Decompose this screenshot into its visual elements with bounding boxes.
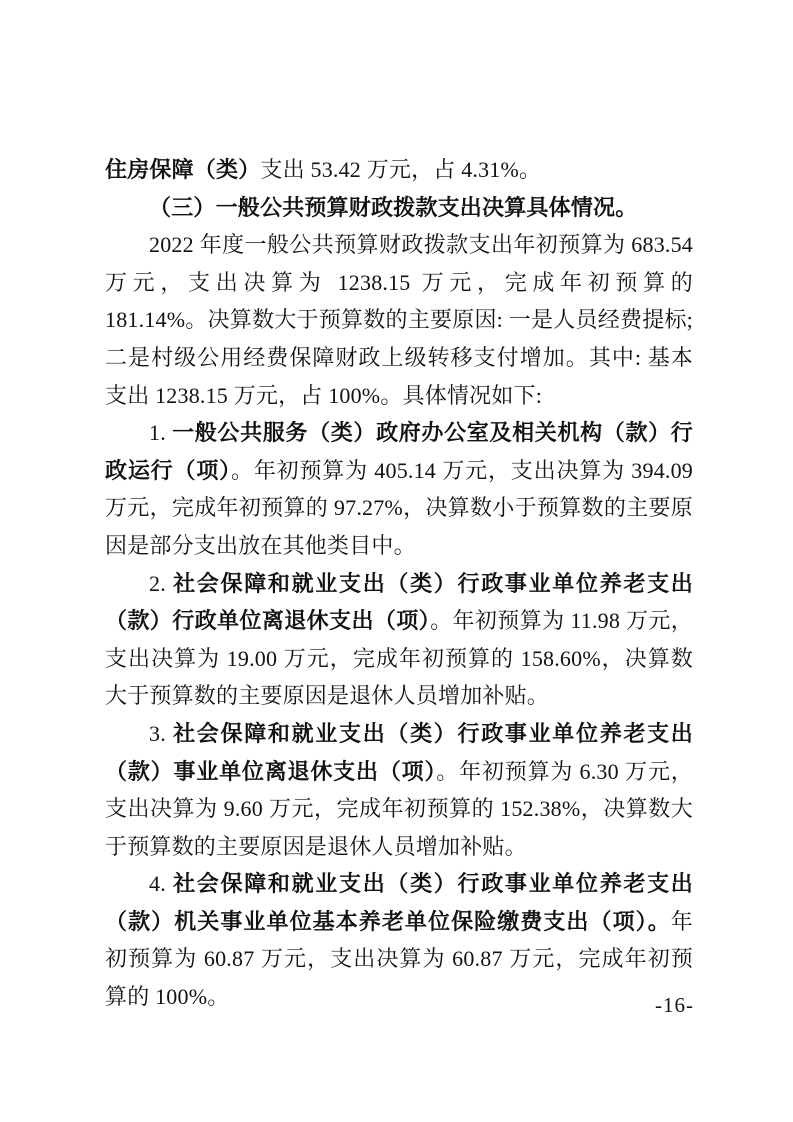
paragraph: 3. 社会保障和就业支出（类）行政事业单位养老支出（款）事业单位离退休支出（项）… [105,715,693,865]
page-number: -16- [655,993,694,1017]
text-run: 2. [149,571,173,596]
paragraph: 1. 一般公共服务（类）政府办公室及相关机构（款）行政运行（项）。年初预算为 4… [105,414,693,564]
paragraph: 2022 年度一般公共预算财政拨款支出年初预算为 683.54 万元，支出决算为… [105,226,693,414]
text-run: 3. [149,721,173,746]
text-run: 1. [149,420,172,445]
text-run: 2022 年度一般公共预算财政拨款支出年初预算为 683.54 万元，支出决算为… [105,232,693,407]
text-run: 支出 53.42 万元，占 4.31%。 [260,157,541,182]
text-run: 4. [149,871,173,896]
paragraph: 住房保障（类）支出 53.42 万元，占 4.31%。 [105,151,693,189]
paragraph: 2. 社会保障和就业支出（类）行政事业单位养老支出（款）行政单位离退休支出（项）… [105,565,693,715]
text-run-bold: 住房保障（类） [105,157,260,182]
text-run-bold: 社会保障和就业支出（类）行政事业单位养老支出（款）机关事业单位基本养老单位保险缴… [105,871,693,934]
document-body: 住房保障（类）支出 53.42 万元，占 4.31%。（三）一般公共预算财政拨款… [105,151,693,1016]
paragraph: （三）一般公共预算财政拨款支出决算具体情况。 [105,189,693,227]
document-page: 住房保障（类）支出 53.42 万元，占 4.31%。（三）一般公共预算财政拨款… [0,0,793,1122]
text-run-bold: （三）一般公共预算财政拨款支出决算具体情况。 [149,195,637,220]
paragraph: 4. 社会保障和就业支出（类）行政事业单位养老支出（款）机关事业单位基本养老单位… [105,865,693,1015]
